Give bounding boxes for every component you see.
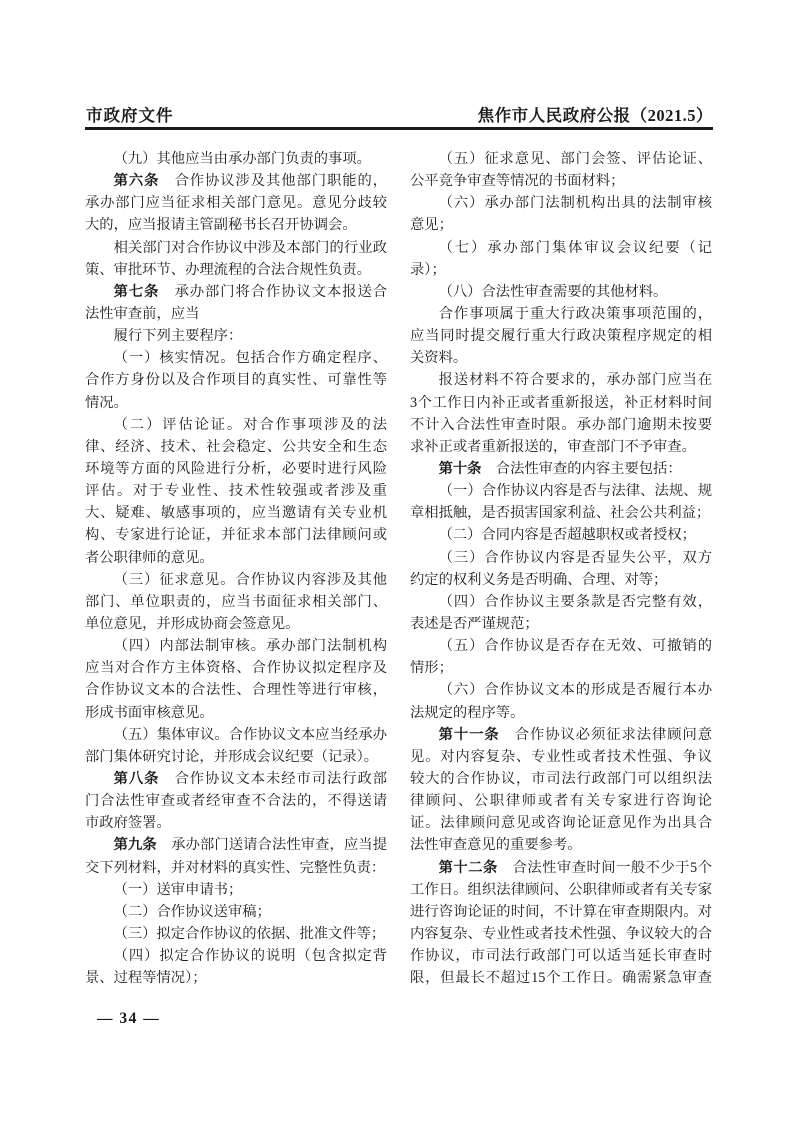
text-line: 法性审查前，应当 xyxy=(85,303,387,325)
text-line: 者公职律师的意见。 xyxy=(85,547,387,569)
text-column-left: （九）其他应当由承办部门负责的事项。第六条 合作协议涉及其他部门职能的，承办部门… xyxy=(85,148,387,989)
text-line: （三）合作协议内容是否显失公平，双方 xyxy=(410,547,712,569)
header-rule xyxy=(85,127,713,130)
text-line: 策、审批环节、办理流程的合法合规性负责。 xyxy=(85,259,387,281)
text-line: 律顾问、公职律师或者有关专家进行咨询论 xyxy=(410,790,712,812)
text-line: 评估。对于专业性、技术性较强或者涉及重 xyxy=(85,480,387,502)
text-line: 报送材料不符合要求的，承办部门应当在 xyxy=(410,369,712,391)
text-line: 环境等方面的风险进行分析，必要时进行风险 xyxy=(85,458,387,480)
text-line: 意见； xyxy=(410,214,712,236)
text-line: （一）送审申请书； xyxy=(85,879,387,901)
text-line: 第六条 合作协议涉及其他部门职能的， xyxy=(85,170,387,192)
text-line: （八）合法性审查需要的其他材料。 xyxy=(410,281,712,303)
article-number: 第十条 xyxy=(439,461,482,477)
text-line: 应当对合作方主体资格、合作协议拟定程序及 xyxy=(85,657,387,679)
gazette-title: 焦作市人民政府公报（2021.5） xyxy=(478,102,713,126)
text-line: （三）拟定合作协议的依据、批准文件等； xyxy=(85,923,387,945)
text-line: 法性审查意见的重要参考。 xyxy=(410,834,712,856)
text-column-right: （五）征求意见、部门会签、评估论证、公平竞争审查等情况的书面材料；（六）承办部门… xyxy=(410,148,712,989)
text-line: 承办部门应当征求相关部门意见。意见分歧较 xyxy=(85,192,387,214)
text-line: （二）评估论证。对合作事项涉及的法 xyxy=(85,414,387,436)
text-line: 证。法律顾问意见或咨询论证意见作为出具合 xyxy=(410,812,712,834)
text-line: 进行咨询论证的时间，不计算在审查期限内。对 xyxy=(410,901,712,923)
text-line: （四）内部法制审核。承办部门法制机构 xyxy=(85,635,387,657)
text-line: 大的，应当报请主管副秘书长召开协调会。 xyxy=(85,214,387,236)
text-line: 章相抵触，是否损害国家利益、社会公共利益； xyxy=(410,502,712,524)
text-line: 构、专家进行论证，并征求本部门法律顾问或 xyxy=(85,524,387,546)
text-line: （七）承办部门集体审议会议纪要（记 xyxy=(410,237,712,259)
text-line: 部门集体研究讨论，并形成会议纪要（记录）。 xyxy=(85,746,387,768)
page-number: — 34 — xyxy=(97,1010,160,1028)
text-line: 第九条 承办部门送请合法性审查，应当提 xyxy=(85,834,387,856)
text-line: （四）拟定合作协议的说明（包含拟定背 xyxy=(85,945,387,967)
text-line: 3个工作日内补正或者重新报送，补正材料时间 xyxy=(410,392,712,414)
text-line: 应当同时提交履行重大行政决策程序规定的相 xyxy=(410,325,712,347)
text-line: （五）集体审议。合作协议文本应当经承办 xyxy=(85,724,387,746)
article-number: 第十二条 xyxy=(439,860,498,876)
text-line: 工作日。组织法律顾问、公职律师或者有关专家 xyxy=(410,879,712,901)
text-line: 部门、单位职责的，应当书面征求相关部门、 xyxy=(85,591,387,613)
text-line: 合作协议文本的合法性、合理性等进行审核， xyxy=(85,679,387,701)
text-line: 合作事项属于重大行政决策事项范围的， xyxy=(410,303,712,325)
text-line: 内容复杂、专业性或者技术性强、争议较大的合 xyxy=(410,923,712,945)
text-line: 大、疑难、敏感事项的，应当邀请有关专业机 xyxy=(85,502,387,524)
text-line: 不计入合法性审查时限。承办部门逾期未按要 xyxy=(410,414,712,436)
text-line: 第十二条 合法性审查时间一般不少于5个 xyxy=(410,857,712,879)
text-line: 交下列材料，并对材料的真实性、完整性负责： xyxy=(85,857,387,879)
text-line: 公平竞争审查等情况的书面材料； xyxy=(410,170,712,192)
text-line: 作协议，市司法行政部门可以适当延长审查时 xyxy=(410,945,712,967)
text-line: 第十一条 合作协议必须征求法律顾问意 xyxy=(410,724,712,746)
text-line: 门合法性审查或者经审查不合法的，不得送请 xyxy=(85,790,387,812)
text-line: （三）征求意见。合作协议内容涉及其他 xyxy=(85,569,387,591)
article-number: 第七条 xyxy=(114,284,160,300)
text-line: （五）征求意见、部门会签、评估论证、 xyxy=(410,148,712,170)
text-line: 关资料。 xyxy=(410,347,712,369)
text-line: 情形； xyxy=(410,657,712,679)
text-line: 法规定的程序等。 xyxy=(410,702,712,724)
text-line: （六）承办部门法制机构出具的法制审核 xyxy=(410,192,712,214)
text-line: 限，但最长不超过15个工作日。确需紧急审查 xyxy=(410,967,712,989)
text-line: 求补正或者重新报送的，审查部门不予审查。 xyxy=(410,436,712,458)
text-line: （四）合作协议主要条款是否完整有效， xyxy=(410,591,712,613)
text-line: 形成书面审核意见。 xyxy=(85,702,387,724)
text-line: 履行下列主要程序： xyxy=(85,325,387,347)
text-line: 第七条 承办部门将合作协议文本报送合 xyxy=(85,281,387,303)
text-line: （一）核实情况。包括合作方确定程序、 xyxy=(85,347,387,369)
text-line: 情况。 xyxy=(85,392,387,414)
doc-type-label: 市政府文件 xyxy=(86,102,174,126)
article-number: 第八条 xyxy=(114,771,160,787)
text-line: 景、过程等情况）； xyxy=(85,967,387,989)
text-line: （二）合作协议送审稿； xyxy=(85,901,387,923)
text-line: （二）合同内容是否超越职权或者授权； xyxy=(410,524,712,546)
article-number: 第九条 xyxy=(114,837,157,853)
text-line: （九）其他应当由承办部门负责的事项。 xyxy=(85,148,387,170)
text-line: 录）； xyxy=(410,259,712,281)
text-line: 律、经济、技术、社会稳定、公共安全和生态 xyxy=(85,436,387,458)
text-line: 第十条 合法性审查的内容主要包括： xyxy=(410,458,712,480)
text-line: 第八条 合作协议文本未经市司法行政部 xyxy=(85,768,387,790)
text-line: 单位意见，并形成协商会签意见。 xyxy=(85,613,387,635)
text-line: （六）合作协议文本的形成是否履行本办 xyxy=(410,679,712,701)
gazette-page: 市政府文件 焦作市人民政府公报（2021.5） （九）其他应当由承办部门负责的事… xyxy=(0,0,793,1122)
text-line: 约定的权利义务是否明确、合理、对等； xyxy=(410,569,712,591)
text-line: 表述是否严谨规范； xyxy=(410,613,712,635)
text-line: 相关部门对合作协议中涉及本部门的行业政 xyxy=(85,237,387,259)
article-number: 第六条 xyxy=(114,173,160,189)
text-line: 市政府签署。 xyxy=(85,812,387,834)
text-line: 见。对内容复杂、专业性或者技术性强、争议 xyxy=(410,746,712,768)
text-line: 合作方身份以及合作项目的真实性、可靠性等 xyxy=(85,369,387,391)
text-line: 较大的合作协议，市司法行政部门可以组织法 xyxy=(410,768,712,790)
text-line: （五）合作协议是否存在无效、可撤销的 xyxy=(410,635,712,657)
article-number: 第十一条 xyxy=(439,727,500,743)
text-line: （一）合作协议内容是否与法律、法规、规 xyxy=(410,480,712,502)
